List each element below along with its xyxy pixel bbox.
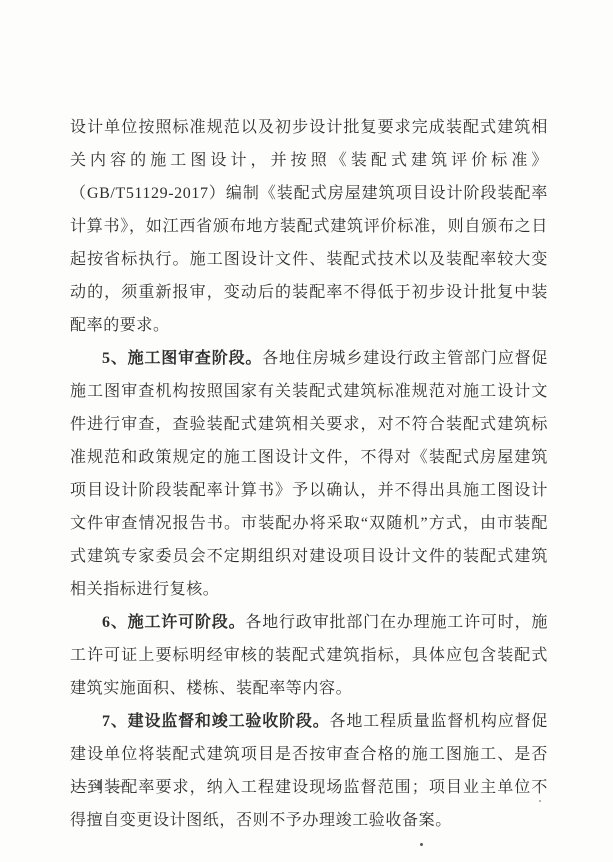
paragraph: 7、建设监督和竣工验收阶段。各地工程质量监督机构应督促建设单位将装配式建筑项目是… <box>70 705 548 837</box>
paragraph: 5、施工图审查阶段。各地住房城乡建设行政主管部门应督促施工图审查机构按照国家有关… <box>70 342 548 606</box>
scan-speck <box>420 843 423 846</box>
body-text: 各地住房城乡建设行政主管部门应督促施工图审查机构按照国家有关装配式建筑标准规范对… <box>70 350 548 598</box>
section-heading: 6、施工许可阶段。 <box>102 614 245 631</box>
document-page: 设计单位按照标准规范以及初步设计批复要求完成装配式建筑相关内容的施工图设计，并按… <box>0 0 613 862</box>
body-text: 各地工程质量监督机构应督促建设单位将装配式建筑项目是否按审查合格的施工图施工、是… <box>70 713 548 829</box>
paragraph: 设计单位按照标准规范以及初步设计批复要求完成装配式建筑相关内容的施工图设计，并按… <box>70 111 548 342</box>
body-text: 设计单位按照标准规范以及初步设计批复要求完成装配式建筑相关内容的施工图设计，并按… <box>70 119 548 334</box>
page-number: — 4 — <box>72 776 127 796</box>
section-heading: 7、建设监督和竣工验收阶段。 <box>102 713 330 730</box>
section-heading: 5、施工图审查阶段。 <box>102 350 262 367</box>
paragraph: 6、施工许可阶段。各地行政审批部门在办理施工许可时，施工许可证上要标明经审核的装… <box>70 606 548 705</box>
document-body: 设计单位按照标准规范以及初步设计批复要求完成装配式建筑相关内容的施工图设计，并按… <box>70 111 548 837</box>
scan-speck <box>539 800 541 802</box>
